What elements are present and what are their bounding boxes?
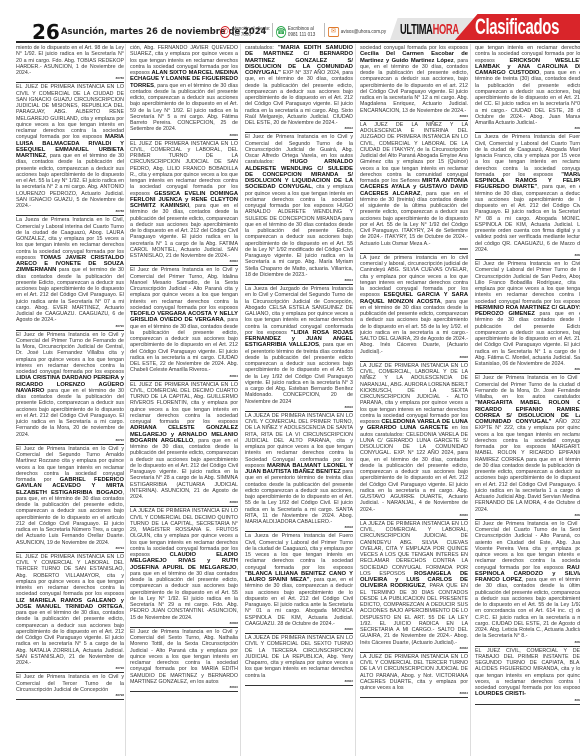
header-rule xyxy=(16,41,580,43)
notice-ref-code: 86804 xyxy=(130,374,238,378)
brand-logo: ULTIMAHORA xyxy=(400,21,459,38)
legal-notice: EL JUEZ CIVIL, COMERCIAL Y DEL TRABAJO D… xyxy=(475,647,580,705)
contact-email: ✉ avisos@uhora.com.py xyxy=(328,23,386,40)
contact-customer-service: ✆ Atención al cliente:415 7000 xyxy=(220,23,270,40)
notice-ref-code: 86828 xyxy=(360,355,468,359)
column-1: miento de lo dispuesto en el Art. 98 de … xyxy=(16,44,124,756)
notice-ref-code: 86802 xyxy=(130,259,238,263)
legal-notice: El Juez de Primera Instancia en lo Civil… xyxy=(130,266,238,380)
legal-notice: LA JUEZ DE LA NIÑEZ Y LA ADOLESCENCIA E … xyxy=(360,121,468,254)
legal-notice: que tengan interés en reclamar derechos … xyxy=(475,44,580,133)
column-2: ción, Abg. FERNANDO JAVIER QUEVEDO SUARE… xyxy=(130,44,238,756)
spouse-names: LOURDES CRISTI- xyxy=(475,691,526,697)
legal-notice: El Juez de Primera Instancia en lo Civil… xyxy=(475,520,580,647)
notice-ref-code: 86794 xyxy=(16,546,124,550)
notice-ref-code: 86832 xyxy=(360,646,468,650)
notice-ref-code: 86838 xyxy=(475,253,580,257)
notice-ref-code: 86834 xyxy=(360,691,468,695)
notice-ref-code: 86788 xyxy=(16,209,124,213)
whatsapp-icon: ☎ xyxy=(276,26,286,38)
legal-notice: LA JUEZ DE PRIMERA INSTANCIA EN LO CIVIL… xyxy=(360,362,468,520)
legal-notice: La Jueza del Juzgado de Primera Instanci… xyxy=(245,285,353,412)
legal-notice: La Jueza de Primera Instancia del Fuero … xyxy=(245,532,353,634)
notice-ref-code: 86810 xyxy=(130,685,238,689)
notice-ref-code: 86826 xyxy=(360,247,468,251)
legal-notice: El Juez de Primera Instancia en lo Civil… xyxy=(475,374,580,520)
legal-notice: caratulados: "MARIA EDITH SAMUDIO DE MAR… xyxy=(245,44,353,133)
legal-notice: EL JUEZ DE PRIMERA INSTANCIA EN LO CIVIL… xyxy=(130,381,238,508)
notice-ref-code: 86818 xyxy=(245,525,353,529)
legal-notice: EL JUEZ DE PRIMERA INSTANCIA EN LO CIVIL… xyxy=(130,140,238,267)
notice-ref-code: 86830 xyxy=(360,513,468,517)
legal-notice: ción, Abg. FERNANDO JAVIER QUEVEDO SUARE… xyxy=(130,44,238,140)
contact-whatsapp: ☎ Escribinos al0981 111 013 xyxy=(276,23,315,40)
page-header: 26 Asunción, martes 26 de noviembre de 2… xyxy=(0,0,580,40)
legal-notice: El Juez de Primera Instancia en lo Civil… xyxy=(16,445,124,553)
spouse-names: LIZ MARIELA RAMOS GALEANO y JOSE MANUEL … xyxy=(16,598,124,610)
notice-ref-code: 86836 xyxy=(475,126,580,130)
notice-ref-code: 86798 xyxy=(16,693,124,697)
legal-notice: La Jueza de Primera Instancia en lo Civi… xyxy=(16,216,124,330)
legal-notice: El Juez de Primera Instancia en lo Civil… xyxy=(245,133,353,285)
notice-ref-code: 86812 xyxy=(245,126,353,130)
notice-ref-code: 86820 xyxy=(245,627,353,631)
legal-notice: LA JUEZA DE PRIMERA INSTANCIA EN LO CIVI… xyxy=(245,634,353,686)
email-icon: ✉ xyxy=(328,27,339,37)
notice-ref-code: 86806 xyxy=(130,500,238,504)
legal-notice: EL JUEZ DE PRIMERA INSTANCIA EN LO CIVIL… xyxy=(16,553,124,674)
legal-notice: sociedad conyugal formada por los esposo… xyxy=(360,44,468,121)
notice-ref-code: 86786 xyxy=(16,76,124,80)
legal-notice: LA juez de primera instancia en lo civil… xyxy=(360,254,468,362)
notice-ref-code: 86796 xyxy=(16,666,124,670)
legal-notice: miento de lo dispuesto en el Art. 98 de … xyxy=(16,44,124,83)
spouse-names: Cecilia Del Carmen Escobar de Martinez y… xyxy=(360,51,468,63)
legal-notice: LA JUEZ DE PRIMERA INSTANCIA EN LO CIVIL… xyxy=(360,653,468,699)
legal-notice: El Juez de Primera Instancia en lo Civil… xyxy=(16,331,124,445)
notice-ref-code: 86800 xyxy=(130,133,238,137)
legal-notice: El Juez de Primera Instancia en lo Civil… xyxy=(16,673,124,700)
notice-ref-code: 86790 xyxy=(16,324,124,328)
notice-ref-code: 86822 xyxy=(245,679,353,683)
notice-ref-code: 86816 xyxy=(245,405,353,409)
notice-ref-code: 86840 xyxy=(475,367,580,371)
notice-ref-code: 86824 xyxy=(360,114,468,118)
legal-notice: La Jueza de Primera Instancia del Fuero … xyxy=(475,133,580,260)
notice-ref-code: 86792 xyxy=(16,438,124,442)
spouse-names: TEOFILO VERGARA ACOSTA Y NELLY GRISLIDA … xyxy=(130,311,238,323)
notice-ref-code: 86844 xyxy=(475,640,580,644)
column-5: que tengan interés en reclamar derechos … xyxy=(475,44,580,756)
legal-notice: LA JUEZA DE PRIMERA INSTANCIA EN LO CIVI… xyxy=(245,412,353,533)
notice-ref-code: 86814 xyxy=(245,278,353,282)
notice-ref-code: 86846 xyxy=(475,698,580,702)
notice-ref-code: 86842 xyxy=(475,513,580,517)
legal-notice: El Juez de Primera Instancia en lo Civil… xyxy=(475,260,580,374)
legal-notice: LA JUEZA DE PRIMERA INSTANCIA EN LO CIVI… xyxy=(130,507,238,628)
legal-notice: El Juez de Primera Instancia en lo Civil… xyxy=(130,628,238,692)
column-3: caratulados: "MARIA EDITH SAMUDIO DE MAR… xyxy=(245,44,353,756)
phone-icon: ✆ xyxy=(220,26,230,38)
legal-notice: EL JUEZ DE PRIMERA INSTANCIA EN LO CIVIL… xyxy=(16,83,124,216)
legal-notice: LA JUEZA DE PRIMERA INSTANCIA EN LO CIVI… xyxy=(360,520,468,653)
column-4: sociedad conyugal formada por los esposo… xyxy=(360,44,468,756)
section-title: Clasificados xyxy=(475,14,559,40)
notice-ref-code: 86808 xyxy=(130,621,238,625)
